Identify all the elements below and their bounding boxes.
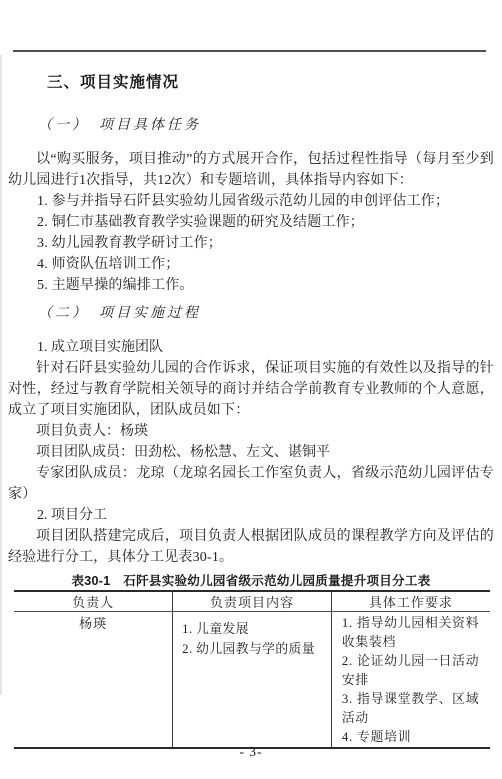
- document-page: 三、项目实施情况 （一） 项目具体任务 以“购买服务，项目推动”的方式展开合作，…: [0, 0, 502, 779]
- page-content: 三、项目实施情况 （一） 项目具体任务 以“购买服务，项目推动”的方式展开合作，…: [0, 0, 502, 749]
- task-list: 1. 参与并指导石阡县实验幼儿园省级示范幼儿园的申创评估工作； 2. 铜仁市基础…: [8, 191, 494, 296]
- table-caption: 表30-1 石阡县实验幼儿园省级示范幼儿园质量提升项目分工表: [8, 574, 494, 589]
- expert-members-line: 专家团队成员：龙琼（龙琼名园长工作室负责人，省级示范幼儿园评估专家）: [8, 463, 494, 505]
- column-header-contents: 负责项目内容: [173, 591, 332, 612]
- project-leader-line: 项目负责人：杨瑛: [8, 421, 494, 442]
- header-rule: [13, 50, 486, 52]
- cell-contents: 1. 儿童发展 2. 幼儿园教与学的质量: [173, 612, 332, 749]
- task-item: 1. 参与并指导石阡县实验幼儿园省级示范幼儿园的申创评估工作；: [8, 191, 494, 212]
- task-item: 4. 师资队伍培训工作；: [8, 254, 494, 275]
- table-row: 杨瑛 1. 儿童发展 2. 幼儿园教与学的质量 1. 指导幼儿园相关资料收集装档…: [14, 612, 490, 749]
- subsection-2-title: 2. 项目分工: [8, 505, 494, 526]
- assignment-table: 负责人 负责项目内容 具体工作要求 杨瑛 1. 儿童发展 2. 幼儿园教与学的质…: [14, 590, 490, 749]
- team-members-line: 项目团队成员：田劲松、杨松慧、左文、谌铜平: [8, 442, 494, 463]
- section-1-intro-paragraph: 以“购买服务，项目推动”的方式展开合作，包括过程性指导（每月至少到幼儿园进行1次…: [8, 149, 494, 191]
- requirement-item: 3. 指导课堂教学、区域活动: [342, 690, 486, 728]
- requirement-item: 2. 论证幼儿园一日活动安排: [342, 652, 486, 690]
- task-item: 5. 主题早操的编排工作。: [8, 275, 494, 296]
- section-1-title: （一） 项目具体任务: [8, 117, 494, 134]
- table-header-row: 负责人 负责项目内容 具体工作要求: [14, 591, 490, 612]
- subsection-2-paragraph: 项目团队搭建完成后，项目负责人根据团队成员的课程教学方向及评估的经验进行分工，具…: [8, 526, 494, 568]
- chapter-heading: 三、项目实施情况: [8, 0, 494, 92]
- subsection-1-title: 1. 成立项目实施团队: [8, 337, 494, 358]
- content-item: 1. 儿童发展: [182, 620, 329, 640]
- subsection-1-paragraph: 针对石阡县实验幼儿园的合作诉求，保证项目实施的有效性以及指导的针对性，经过与教育…: [8, 358, 494, 421]
- section-2-title: （二） 项目实施过程: [8, 305, 494, 322]
- content-item: 2. 幼儿园教与学的质量: [182, 640, 329, 660]
- task-item: 3. 幼儿园教育教学研讨工作；: [8, 233, 494, 254]
- column-header-person: 负责人: [14, 591, 173, 612]
- requirement-item: 1. 指导幼儿园相关资料收集装档: [342, 614, 486, 652]
- column-header-requirements: 具体工作要求: [331, 591, 490, 612]
- cell-person: 杨瑛: [14, 612, 173, 749]
- page-number: - 3-: [0, 744, 502, 760]
- scan-edge-artifact: [0, 55, 2, 695]
- task-item: 2. 铜仁市基础教育教学实验课题的研究及结题工作；: [8, 212, 494, 233]
- cell-requirements: 1. 指导幼儿园相关资料收集装档 2. 论证幼儿园一日活动安排 3. 指导课堂教…: [331, 612, 490, 749]
